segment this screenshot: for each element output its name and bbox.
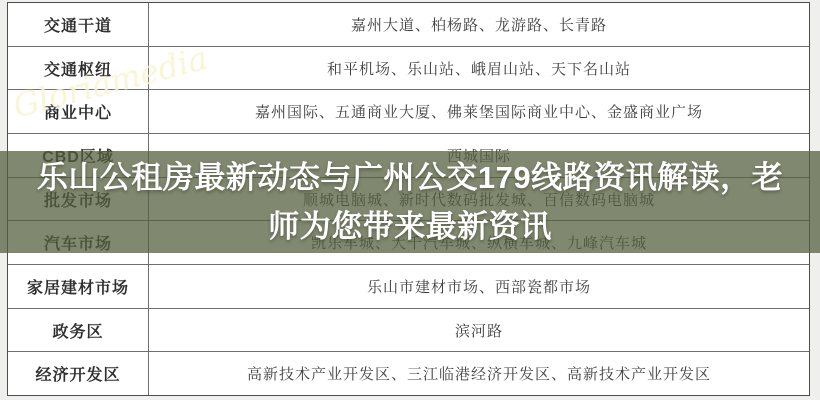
- row-label: 经济开发区: [8, 352, 149, 395]
- row-label: 商业中心: [8, 90, 149, 133]
- table-row: 交通干道嘉州大道、柏杨路、龙游路、长青路: [8, 3, 809, 47]
- table-row: 商业中心嘉州国际、五通商业大厦、佛莱堡国际商业中心、金盛商业广场: [8, 90, 809, 134]
- row-label: 交通枢纽: [8, 47, 149, 90]
- row-value: 乐山市建材市场、西部瓷都市场: [149, 265, 809, 308]
- row-label: 政务区: [8, 309, 149, 352]
- table-row: 家居建材市场乐山市建材市场、西部瓷都市场: [8, 265, 809, 309]
- headline-banner: 乐山公租房最新动态与广州公交179线路资讯解读，老师为您带来最新资讯: [0, 151, 820, 253]
- table-row: 交通枢纽和平机场、乐山站、峨眉山站、天下名山站: [8, 47, 809, 91]
- table-row: 政务区滨河路: [8, 309, 809, 353]
- row-value: 和平机场、乐山站、峨眉山站、天下名山站: [149, 47, 809, 90]
- row-value: 嘉州国际、五通商业大厦、佛莱堡国际商业中心、金盛商业广场: [149, 90, 809, 133]
- row-value: 高新技术产业开发区、三江临港经济开发区、高新技术产业开发区: [149, 352, 809, 395]
- row-value: 滨河路: [149, 309, 809, 352]
- row-label: 家居建材市场: [8, 265, 149, 308]
- headline-title: 乐山公租房最新动态与广州公交179线路资讯解读，老师为您带来最新资讯: [36, 153, 784, 251]
- table-row: 经济开发区高新技术产业开发区、三江临港经济开发区、高新技术产业开发区: [8, 352, 809, 395]
- row-value: 嘉州大道、柏杨路、龙游路、长青路: [149, 3, 809, 46]
- row-label: 交通干道: [8, 3, 149, 46]
